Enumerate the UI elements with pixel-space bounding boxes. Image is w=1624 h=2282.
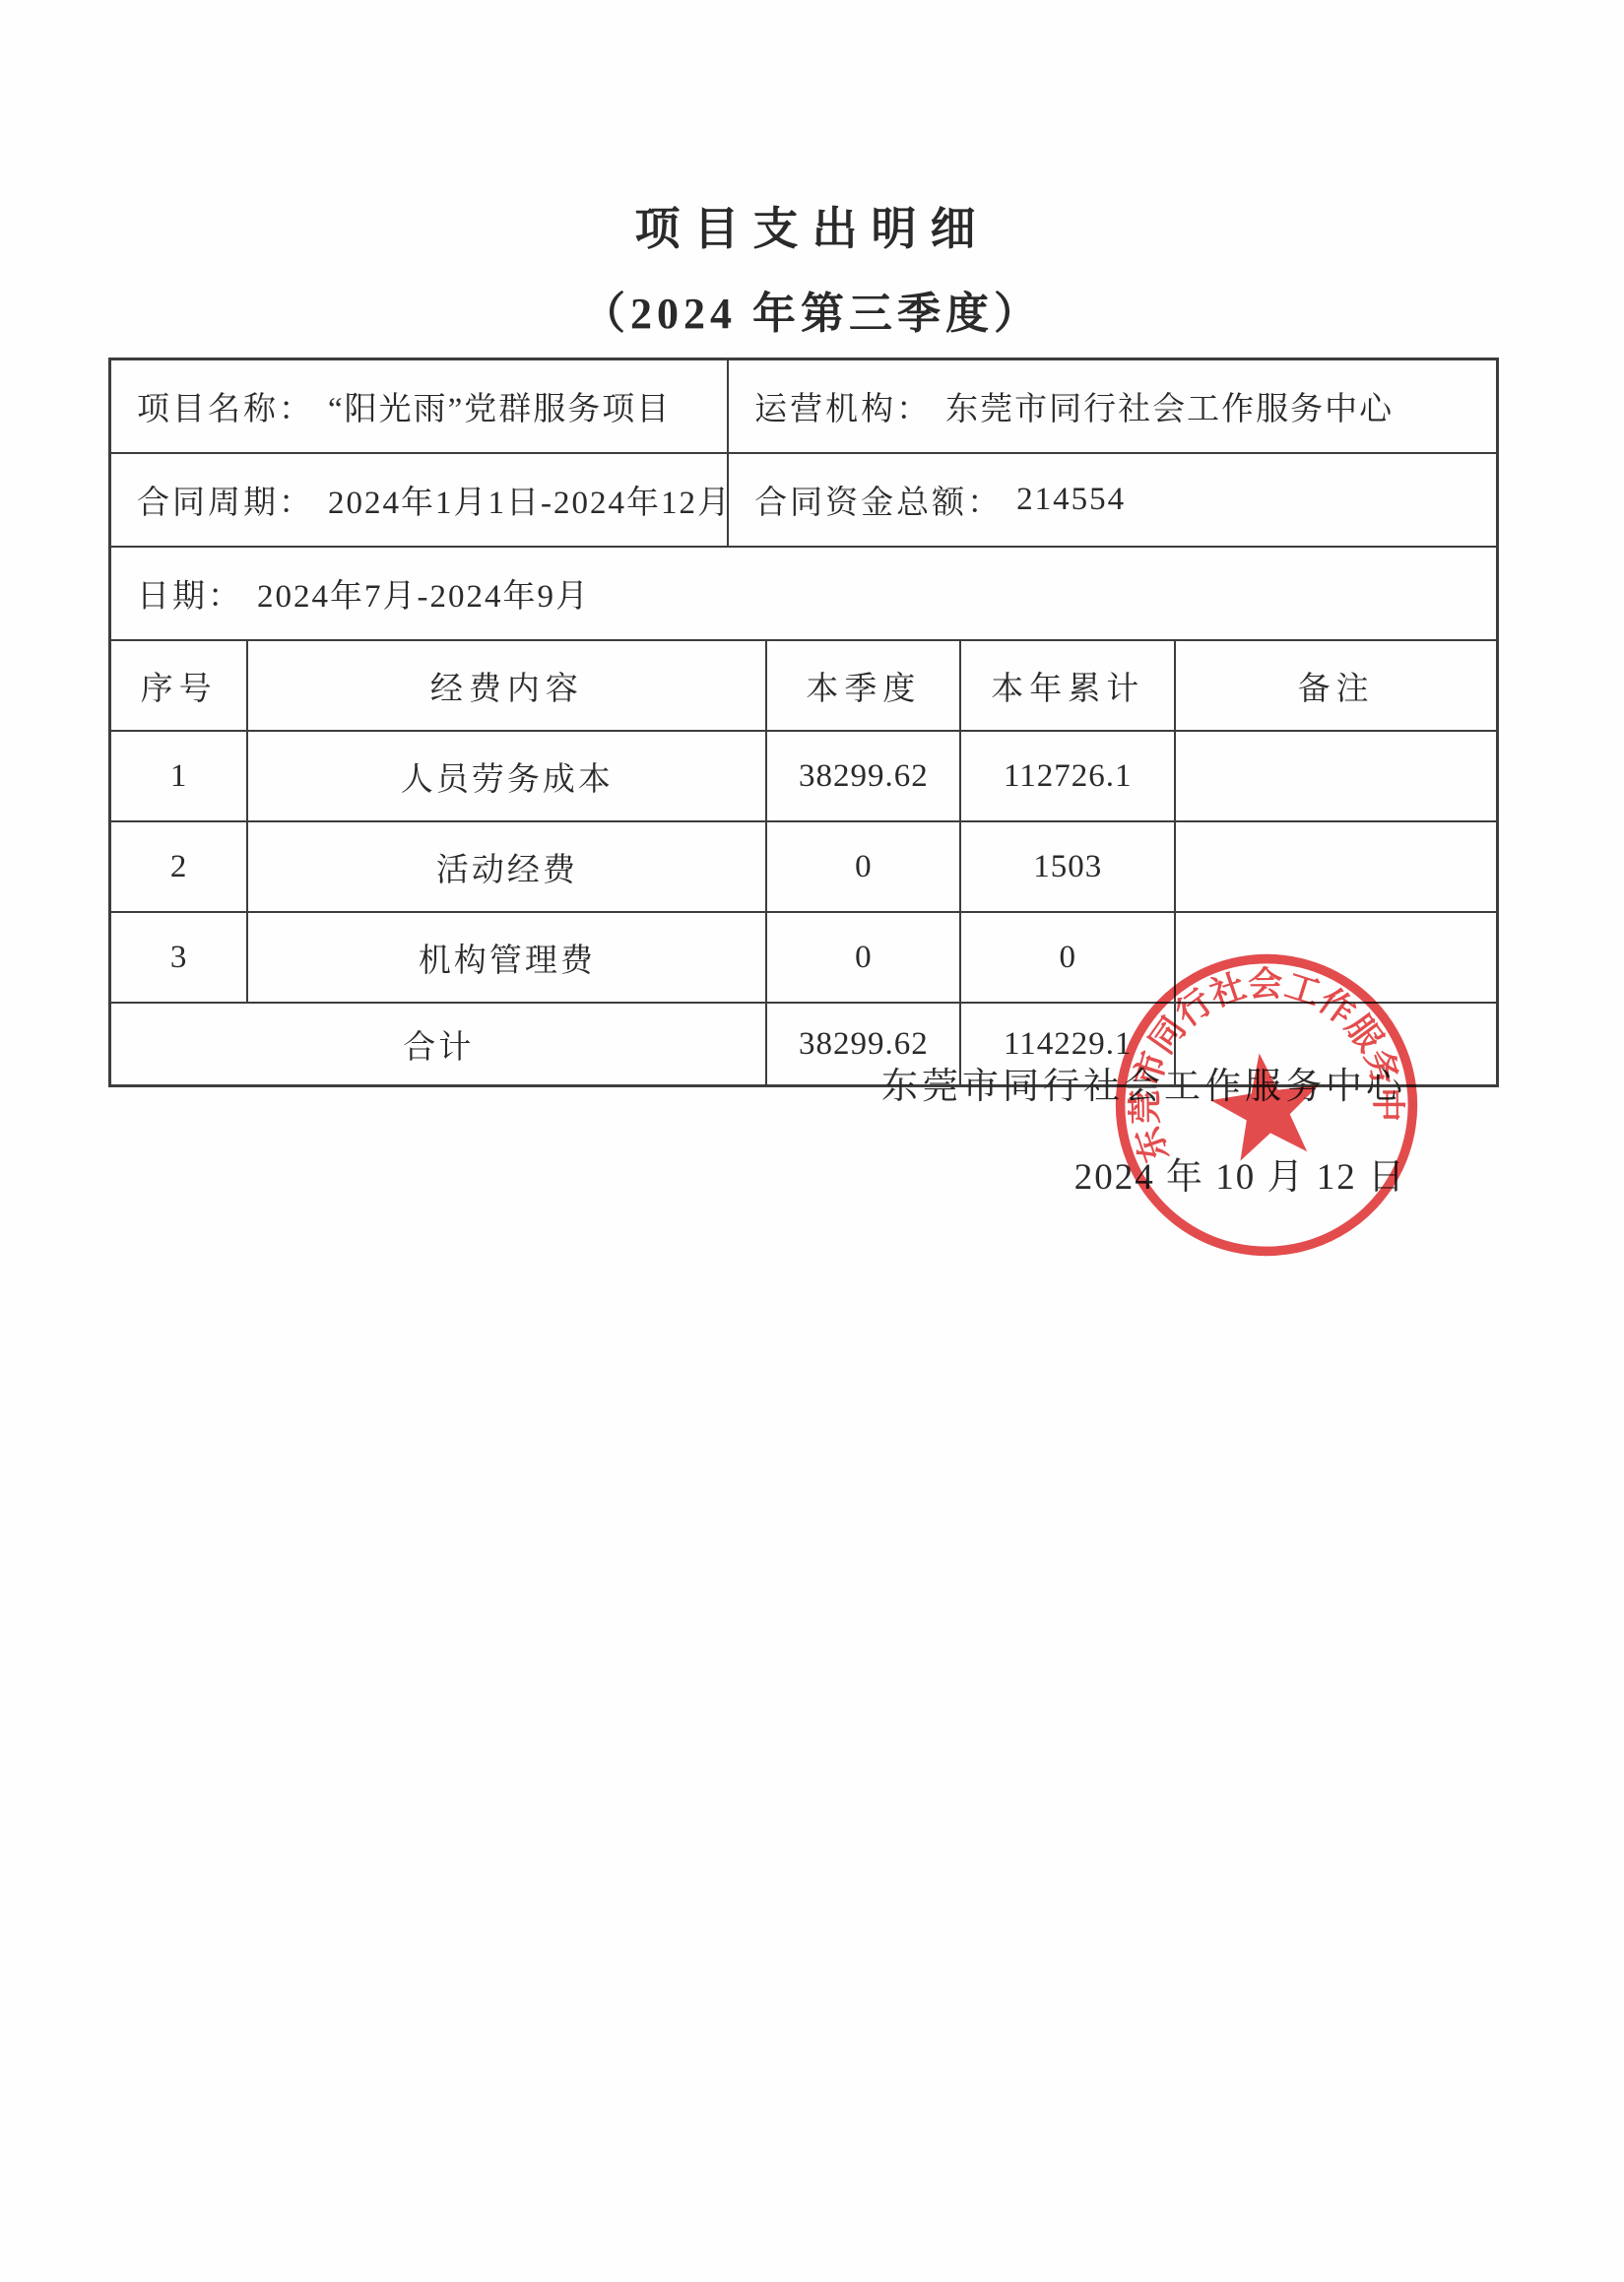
contract-period-value: 2024年1月1日-2024年12月31日 [328,477,729,523]
row-year-total: 0 [961,913,1176,1002]
row-note [1176,913,1496,1002]
expense-header-row: 序号 经费内容 本季度 本年累计 备注 [111,641,1496,732]
project-name-value: “阳光雨”党群服务项目 [328,383,671,429]
row-no: 3 [111,913,248,1002]
expense-report-table: 项目名称： “阳光雨”党群服务项目 运营机构： 东莞市同行社会工作服务中心 合同… [108,358,1499,1087]
info-row-contract: 合同周期： 2024年1月1日-2024年12月31日 合同资金总额： 2145… [111,454,1496,548]
header-note: 备注 [1176,641,1496,730]
document-subtitle: （2024 年第三季度） [0,278,1624,341]
row-no: 2 [111,822,248,911]
header-item: 经费内容 [248,641,767,730]
row-year-total: 112726.1 [961,732,1176,820]
table-row: 2 活动经费 0 1503 [111,822,1496,913]
operator-cell: 运营机构： 东莞市同行社会工作服务中心 [729,360,1496,452]
row-item: 机构管理费 [248,913,767,1002]
contract-total-cell: 合同资金总额： 214554 [729,454,1496,546]
contract-period-label: 合同周期： [137,477,314,523]
row-no: 1 [111,732,248,820]
operator-label: 运营机构： [754,383,932,429]
row-quarter: 0 [767,822,961,911]
contract-total-label: 合同资金总额： [754,477,1003,523]
table-row: 1 人员劳务成本 38299.62 112726.1 [111,732,1496,822]
row-item: 人员劳务成本 [248,732,767,820]
operator-value: 东莞市同行社会工作服务中心 [945,383,1394,429]
report-date-label: 日期： [137,570,243,617]
header-quarter: 本季度 [767,641,961,730]
project-name-cell: 项目名称： “阳光雨”党群服务项目 [111,360,729,452]
row-note [1176,732,1496,820]
total-label: 合计 [111,1004,767,1084]
row-quarter: 38299.62 [767,732,961,820]
header-no: 序号 [111,641,248,730]
contract-period-cell: 合同周期： 2024年1月1日-2024年12月31日 [111,454,729,546]
table-row: 3 机构管理费 0 0 [111,913,1496,1004]
info-row-project: 项目名称： “阳光雨”党群服务项目 运营机构： 东莞市同行社会工作服务中心 [111,360,1496,454]
signature-organization: 东莞市同行社会工作服务中心 [881,1056,1406,1109]
contract-total-value: 214554 [1016,482,1126,518]
row-quarter: 0 [767,913,961,1002]
signature-date: 2024 年 10 月 12 日 [1074,1146,1406,1200]
row-year-total: 1503 [961,822,1176,911]
project-name-label: 项目名称： [137,383,314,429]
row-item: 活动经费 [248,822,767,911]
document-title: 项目支出明细 [0,193,1624,258]
header-year-total: 本年累计 [961,641,1176,730]
document-page: 项目支出明细 （2024 年第三季度） 项目名称： “阳光雨”党群服务项目 运营… [0,0,1624,2282]
row-note [1176,822,1496,911]
info-row-date: 日期： 2024年7月-2024年9月 [111,548,1496,641]
report-date-cell: 日期： 2024年7月-2024年9月 [111,548,1496,639]
report-date-value: 2024年7月-2024年9月 [257,570,590,617]
